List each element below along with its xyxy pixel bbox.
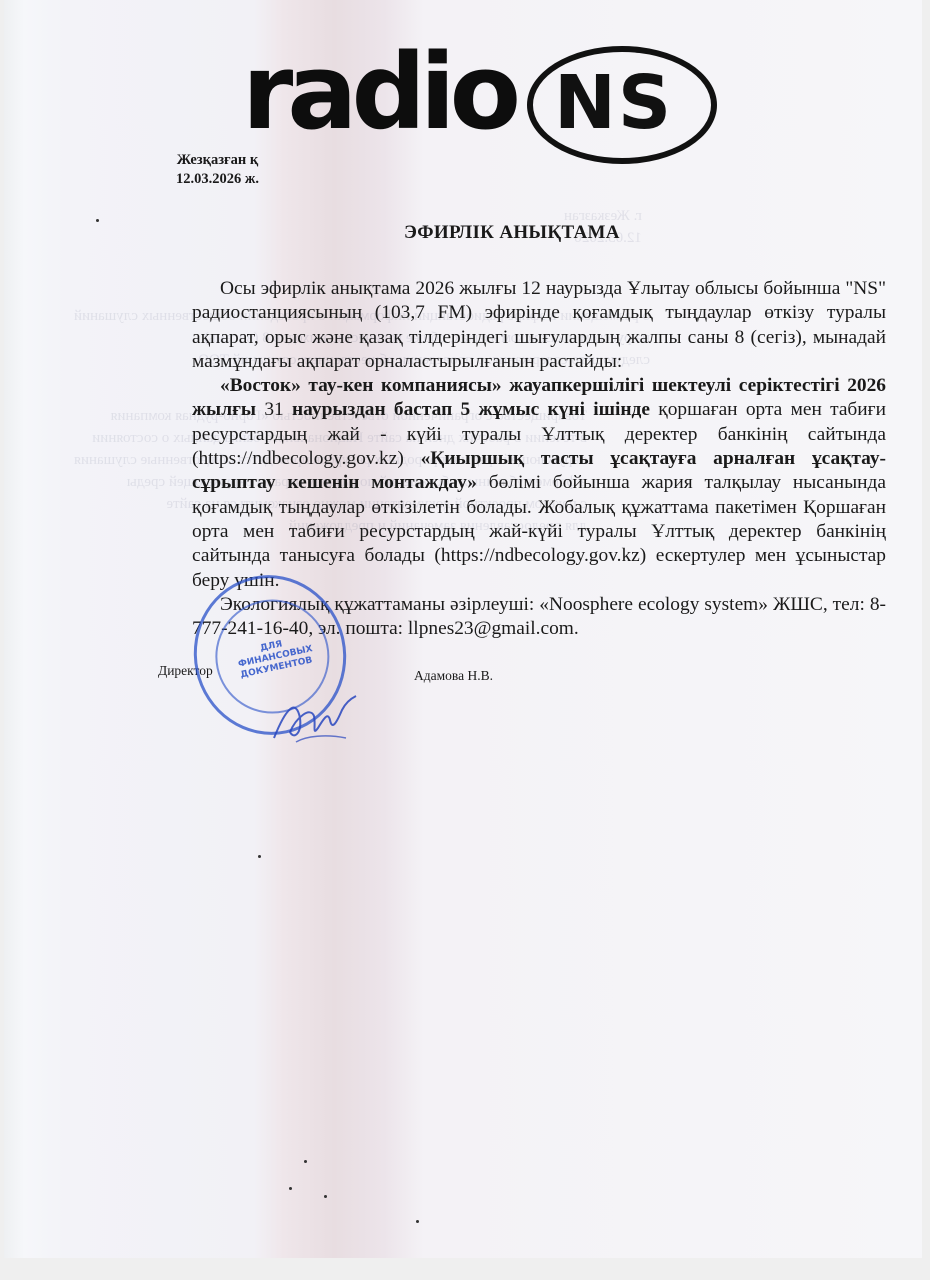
period: наурыздан бастап 5 жұмыс күні ішінде: [292, 399, 650, 420]
signatory-name: Адамова Н.В.: [414, 668, 493, 684]
logo-brand: NS: [554, 60, 673, 146]
stamp-text: ДЛЯ ФИНАНСОВЫХ ДОКУМЕНТОВ: [235, 634, 312, 681]
speck: [324, 1195, 327, 1198]
radio-ns-logo: radio NS: [242, 30, 702, 170]
place: Жезқазған қ: [176, 151, 259, 170]
paragraph-announcement: «Восток» тау-кен компаниясы» жауапкершіл…: [192, 374, 886, 593]
date: 12.03.2026 ж.: [176, 170, 259, 189]
scanned-page: г. Жезказган12.03.2026 о размещении в эф…: [4, 0, 922, 1258]
speck: [304, 1160, 307, 1163]
document-title: ЭФИРЛІК АНЫҚТАМА: [404, 222, 620, 244]
date-day: 31: [256, 399, 292, 420]
speck: [416, 1220, 419, 1223]
handwritten-signature: [266, 688, 366, 748]
logo-word: radio: [242, 42, 515, 142]
paragraph-intro: Осы эфирлік анықтама 2026 жылғы 12 науры…: [192, 277, 886, 374]
place-date-block: Жезқазған қ 12.03.2026 ж.: [176, 151, 259, 189]
speck: [96, 219, 99, 222]
speck: [258, 855, 261, 858]
speck: [289, 1187, 292, 1190]
